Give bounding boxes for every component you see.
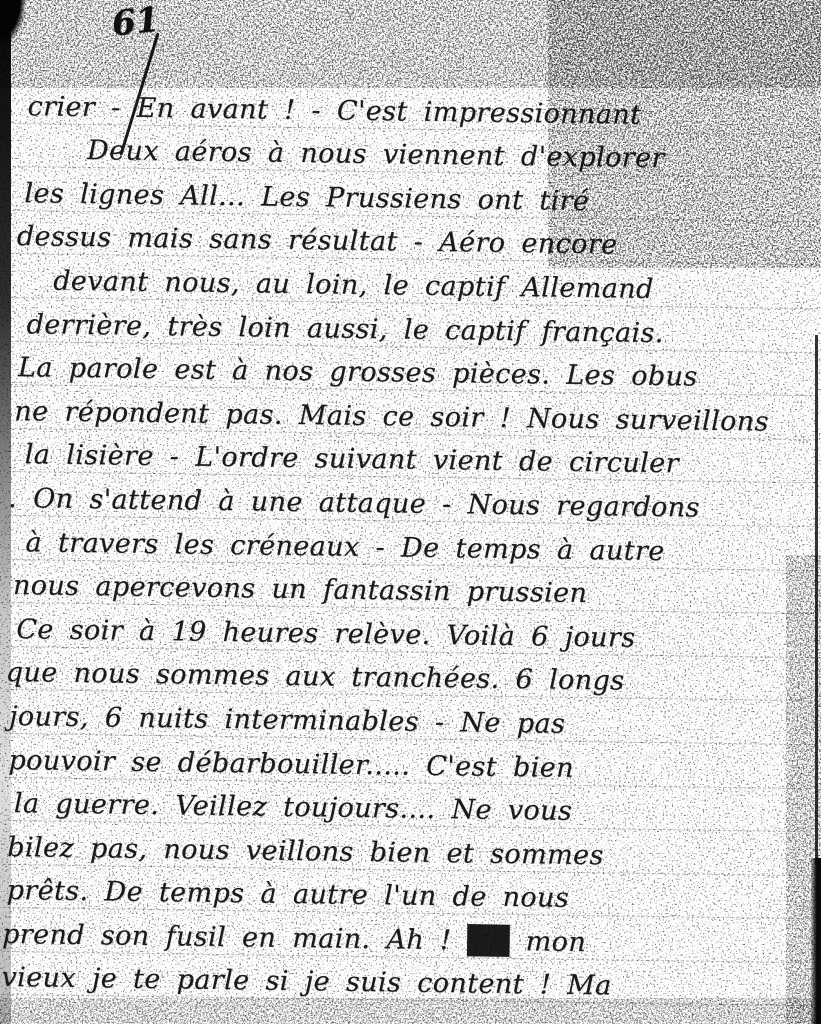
page-edge-right-bottom	[811, 858, 821, 1024]
scanned-page: 61 crier - En avant ! - C'est impression…	[0, 0, 821, 1024]
page-number: 61	[110, 0, 161, 44]
binding-corner-top-left	[0, 0, 26, 46]
handwriting-block: crier - En avant ! - C'est impressionnan…	[1, 80, 821, 1007]
